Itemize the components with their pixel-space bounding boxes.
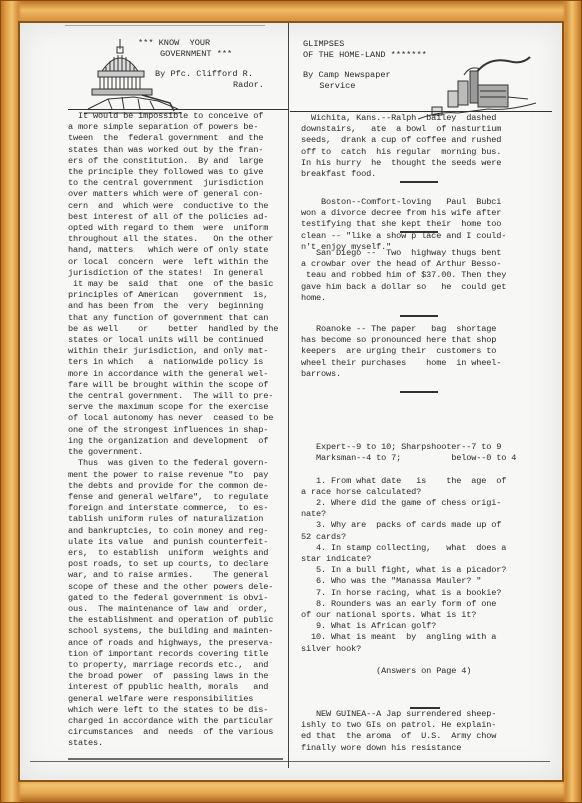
article-line: scope of these and the other powers dele… [68,582,278,593]
article-line: opted with regard to them were uniform [68,223,278,234]
spacer [301,464,516,475]
quiz-scoring: Expert--9 to 10; Sharpshooter--7 to 9 [301,442,516,453]
article-line: war, and to raise armies. The general [68,570,278,581]
quiz-question: 52 cards? [301,532,516,543]
article-line: post roads, to set up courts, to declare [68,559,278,570]
bottom-rule-left [68,758,283,760]
quiz-body: Expert--9 to 10; Sharpshooter--7 to 9 Ma… [301,442,516,677]
quiz-question: 2. Where did the game of chess origi- [301,498,516,509]
article-line: Thus was given to the federal govern- [68,458,278,469]
quiz-question: 1. From what date is the age of [301,476,516,487]
article-line: tablish uniform rules of naturalization [68,514,278,525]
spacer [301,655,516,666]
right-title-line1: GLIMPSES [303,39,344,50]
quiz-question: silver hook? [301,644,516,655]
news-line: gave him back a dollar so he could get [301,282,506,293]
news-item: Wichita, Kans.--Ralph bailey dasheddowns… [301,113,501,180]
news-line: Wichita, Kans.--Ralph bailey dashed [301,113,501,124]
news-line: finally wore down his resistance [301,743,496,754]
left-header-rule [68,109,288,110]
article-line: hand, matters which were of only state [68,245,278,256]
article-line: and bankruptcies, to coin money and reg- [68,526,278,537]
item-separator [400,391,438,393]
news-line: testifying that she kept their home too [301,219,506,230]
article-line: serve the maximum scope for the exercise [68,402,278,413]
article-line: school systems, the building and mainten… [68,626,278,637]
quiz-question: 4. In stamp collecting, what does a [301,543,516,554]
news-item: Roanoke -- The paper bag shortagehas bec… [301,324,501,380]
quiz-question: a race horse calculated? [301,487,516,498]
article-line: interest of ppublic health, morals and [68,682,278,693]
news-line: a crowbar over the head of Arthur Besso- [301,259,506,270]
quiz-question: 8. Rounders was an early form of one [301,599,516,610]
quiz-question: 6. Who was the "Manassa Mauler? " [301,576,516,587]
article-line: ing the organization and development of [68,436,278,447]
news-line: breakfast food. [301,169,501,180]
article-line: the government. [68,447,278,458]
article-line: which were left to the states to be dis- [68,705,278,716]
left-title-line1: *** KNOW YOUR [138,38,210,49]
right-byline-line1: By Camp Newspaper [303,70,391,81]
item-separator [400,315,438,317]
article-line: be as well or better handled by the [68,324,278,335]
article-line: that any function of government that can [68,313,278,324]
article-line: general welfare were responsibilities [68,694,278,705]
right-byline-line2: Service [309,81,355,92]
news-line: has become so pronounced here that shop [301,335,501,346]
article-line: one of the strongest influences in shap- [68,425,278,436]
news-line: barrows. [301,369,501,380]
news-line: seeds, drank a cup of coffee and rushed [301,135,501,146]
article-line: over matters which were of general con- [68,189,278,200]
answers-note: (Answers on Page 4) [301,666,516,677]
article-line: tween the federal government and the [68,133,278,144]
article-line: fare will be brought within the scope of [68,380,278,391]
news-line: keepers are urging their customers to [301,346,501,357]
article-line: jurisdiction of the states! In general [68,268,278,279]
article-line: the establishment and operation of publi… [68,615,278,626]
article-line: principles of American government is, [68,290,278,301]
item-separator [400,181,438,183]
article-line: fense and general welfare", to regulate [68,492,278,503]
right-title-line2: OF THE HOME-LAND ******* [303,50,427,61]
left-byline-line1: By Pfc. Clifford R. [155,69,253,80]
news-line: San Diego -- Two highway thugs bent [301,248,506,259]
article-line: best interest of all of the policies ad- [68,212,278,223]
article-line: ance of roads and highways, the preserva… [68,638,278,649]
article-line: the central government. The will to pre- [68,391,278,402]
article-line: throughout all the states. On the other [68,234,278,245]
left-title-line2: GOVERNMENT *** [160,49,232,60]
article-line: or local concern were left within the [68,257,278,268]
quiz-question: of our national sports. What is it? [301,610,516,621]
news-line: ed that the aroma of U.S. Army chow [301,731,496,742]
left-article-body: It would be impossible to conceive ofa m… [68,111,278,750]
right-header-rule [290,111,552,112]
news-line: downstairs, ate a bowl of nasturtium [301,124,501,135]
article-line: the principle they followed was to give [68,167,278,178]
article-line: states or local units will be continued [68,335,278,346]
news-line: teau and robbed him of $37.00. Then they [301,270,506,281]
article-line: to the central government jurisdiction [68,178,278,189]
article-line: the broad power of passing laws in the [68,671,278,682]
article-line: circumstances and needs of the various [68,727,278,738]
quiz-question: nate? [301,509,516,520]
article-line: it may be said that one of the basic [68,279,278,290]
article-line: gated to the federal government is obvi- [68,593,278,604]
news-line: off to catch his regular morning bus. [301,147,501,158]
column-divider [288,23,289,768]
quiz-question: 9. What is African golf? [301,621,516,632]
article-line: ers, to establish uniform weights and [68,548,278,559]
article-line: cern and which were conductive to the [68,201,278,212]
article-line: ers of the constitution. By and large [68,156,278,167]
news-line: Roanoke -- The paper bag shortage [301,324,501,335]
news-line: ishly to two GIs on patrol. He explain- [301,720,496,731]
article-line: foreign and interstate commerce, to es- [68,503,278,514]
top-rule [65,25,265,26]
article-line: a more simple separation of powers be- [68,122,278,133]
quiz-question: 7. In horse racing, what is a bookie? [301,588,516,599]
news-item: Boston--Comfort-loving Paul Bubciwon a d… [301,197,506,253]
item-separator [400,231,438,233]
article-line: of local autonomy has never ceased to be [68,413,278,424]
news-line: Boston--Comfort-loving Paul Bubci [301,197,506,208]
article-line: within their jurisdiction, and only mat- [68,346,278,357]
quiz-scoring: Marksman--4 to 7; below--0 to 4 [301,453,516,464]
newspaper-page: *** KNOW YOUR GOVERNMENT *** By Pfc. Cli… [20,23,562,780]
news-line: wheel their purchases home in wheel- [301,358,501,369]
news-line: home. [301,293,506,304]
news-line: NEW GUINEA--A Jap surrendered sheep- [301,709,496,720]
article-line: the debts and provide for the common de- [68,481,278,492]
bottom-rule [30,761,550,762]
article-line: tion of important records covering title [68,649,278,660]
article-line: ment the power to raise revenue "to pay [68,470,278,481]
quiz-question: 3. Why are packs of cards made up of [301,520,516,531]
article-line: ulate its value and punish counterfeit- [68,537,278,548]
quiz-question: star indicate? [301,554,516,565]
article-line: states than was worked out by the fran- [68,145,278,156]
article-line: ous. The maintenance of law and order, [68,604,278,615]
quiz-question: 10. What is meant by angling with a [301,632,516,643]
final-item-body: NEW GUINEA--A Jap surrendered sheep-ishl… [301,709,496,754]
article-line: states. [68,738,278,749]
news-item: San Diego -- Two highway thugs benta cro… [301,248,506,304]
article-line: charged in accordance with the particula… [68,716,278,727]
news-line: In his hurry he thought the seeds were [301,158,501,169]
left-byline-line2: Rador. [233,80,264,91]
article-line: more in accordance with the general wel- [68,369,278,380]
article-line: and has been from the very beginning [68,301,278,312]
news-line: won a divorce decree from his wife after [301,208,506,219]
article-line: It would be impossible to conceive of [68,111,278,122]
article-line: ters in which a nationwide policy is [68,357,278,368]
quiz-question: 5. In a bull fight, what is a picador? [301,565,516,576]
article-line: to property, marriage records etc., and [68,660,278,671]
